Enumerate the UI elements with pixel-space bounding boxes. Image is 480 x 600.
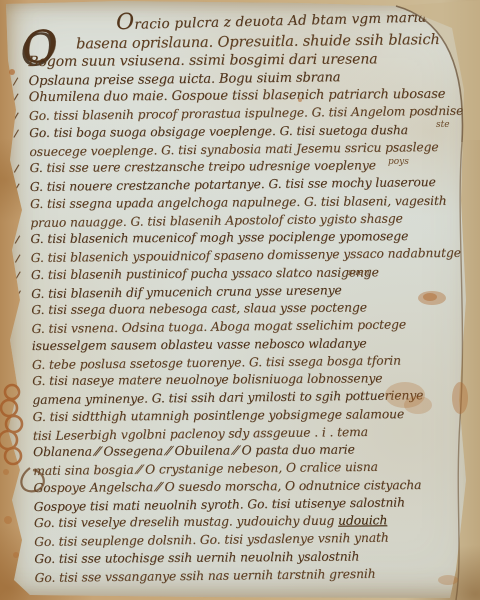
manuscript-line-text: mati sina bosgia ⁄⁄ O crystanige nebeson… [33,460,378,478]
manuscript-line-text: Gospoye Angelscha ⁄⁄ O suesdo morscha, O… [33,478,421,495]
manuscript-line-text: G. tisi sidtthigh utamnigh posintlenge y… [33,407,405,424]
manuscript-line-text: prauo nauagge. G. tisi blasenih Apostolo… [30,211,403,230]
manuscript-photo: 127 Oracio pulcra z deuota Ad btam vgm m… [0,0,480,600]
manuscript-line-text: Oblanena ⁄⁄ Ossegena ⁄⁄ Obuilena ⁄⁄ O pa… [33,443,355,460]
margin-mark: ⁄⁄ [17,287,18,305]
manuscript-line-text: basena oprislauna. Opresuitla. shuide ss… [76,32,440,52]
manuscript-line-text: Go. tissi blasenih procof prorastua ispu… [29,104,463,123]
manuscript-line-text: G. tisi blasenich mucenicof mogh ysse po… [30,229,408,246]
margin-mark: ⁄⁄ [15,109,16,127]
margin-mark: ⁄⁄ [17,251,18,269]
manuscript-line-text: G. tisi nouere crestzanche potartanye. G… [30,175,436,194]
manuscript-line-text: Bogom suun vsiusena. ssimi bosgimi dari … [28,51,377,70]
manuscript-line-text: Go. tisi boga suoga obsigage voeplenge. … [29,123,408,140]
margin-mark: ⁄⁄ [14,74,15,92]
manuscript-line-text: G. tisi naseye matere neuolnoye bolisniu… [32,372,382,389]
manuscript-line-text: Opslauna preise ssega uicta. Bogu siuim … [28,70,340,89]
manuscript-line-text: G. tisi ssega duora nebesoga cast, slaua… [31,301,367,318]
manuscript-line-text: tisi Leserbigh vgolbni paclenoy sdy assg… [33,424,368,442]
manuscript-line-text: G. tisi blasenih dif ymucenich cruna yss… [31,283,342,301]
manuscript-line-text: G. tisi vsnena. Odsina tuoga. Aboga moga… [31,317,406,336]
superscript-word: ste [436,120,450,130]
manuscript-line-text: G. tisi ssegna upada angelchoga napulneg… [30,194,447,211]
manuscript-line-text: Go. tisi veselye dreselih mustag. yudoui… [34,514,387,531]
manuscript-line-text: Go. tisi sse utochisge ssih uernih neuol… [34,549,359,566]
manuscript-line-text: Ohumilena duo maie. Gospoue tissi blasen… [29,87,446,105]
manuscript-line-text: G. tisi blasenich yspouidnicof spaseno d… [31,246,461,265]
manuscript-line-text: G. tisi blasenih pustinicof pucha yssaco… [31,265,379,282]
manuscript-line-text: isuesselgem sausem oblasteu vasse nebosc… [32,336,367,353]
parchment-page: 127 Oracio pulcra z deuota Ad btam vgm m… [0,0,480,600]
manuscript-line-text: Gospoye tisi mati neuolnih syroth. Go. t… [34,495,405,514]
title-line: Oracio pulcra z deuota Ad btam vgm maria [116,2,457,35]
superscript-word: suen [348,268,370,278]
manuscript-line-text: G. tisi sse uere crestzansche treipo udr… [30,159,376,176]
superscript-word: poys [388,157,409,167]
manuscript-line-text: gamena yminenye. G. tisi ssih dari ymilo… [32,388,423,407]
text-block: basena oprislauna. Opresuitla. shuide ss… [28,32,465,587]
manuscript-line-text: osuecege voeplenge. G. tisi synabosia ma… [29,139,438,158]
manuscript-line-text: G. tebe poslusa ssetosge tuorenye. G. ti… [32,353,401,372]
manuscript-line-text: Go. tisi seuplenge dolsnih. Go. tisi ysd… [34,531,389,549]
manuscript-line-text: Go. tisi sse vssanganye ssih nas uernih … [35,566,376,584]
margin-mark: ⁄⁄ [16,180,17,198]
